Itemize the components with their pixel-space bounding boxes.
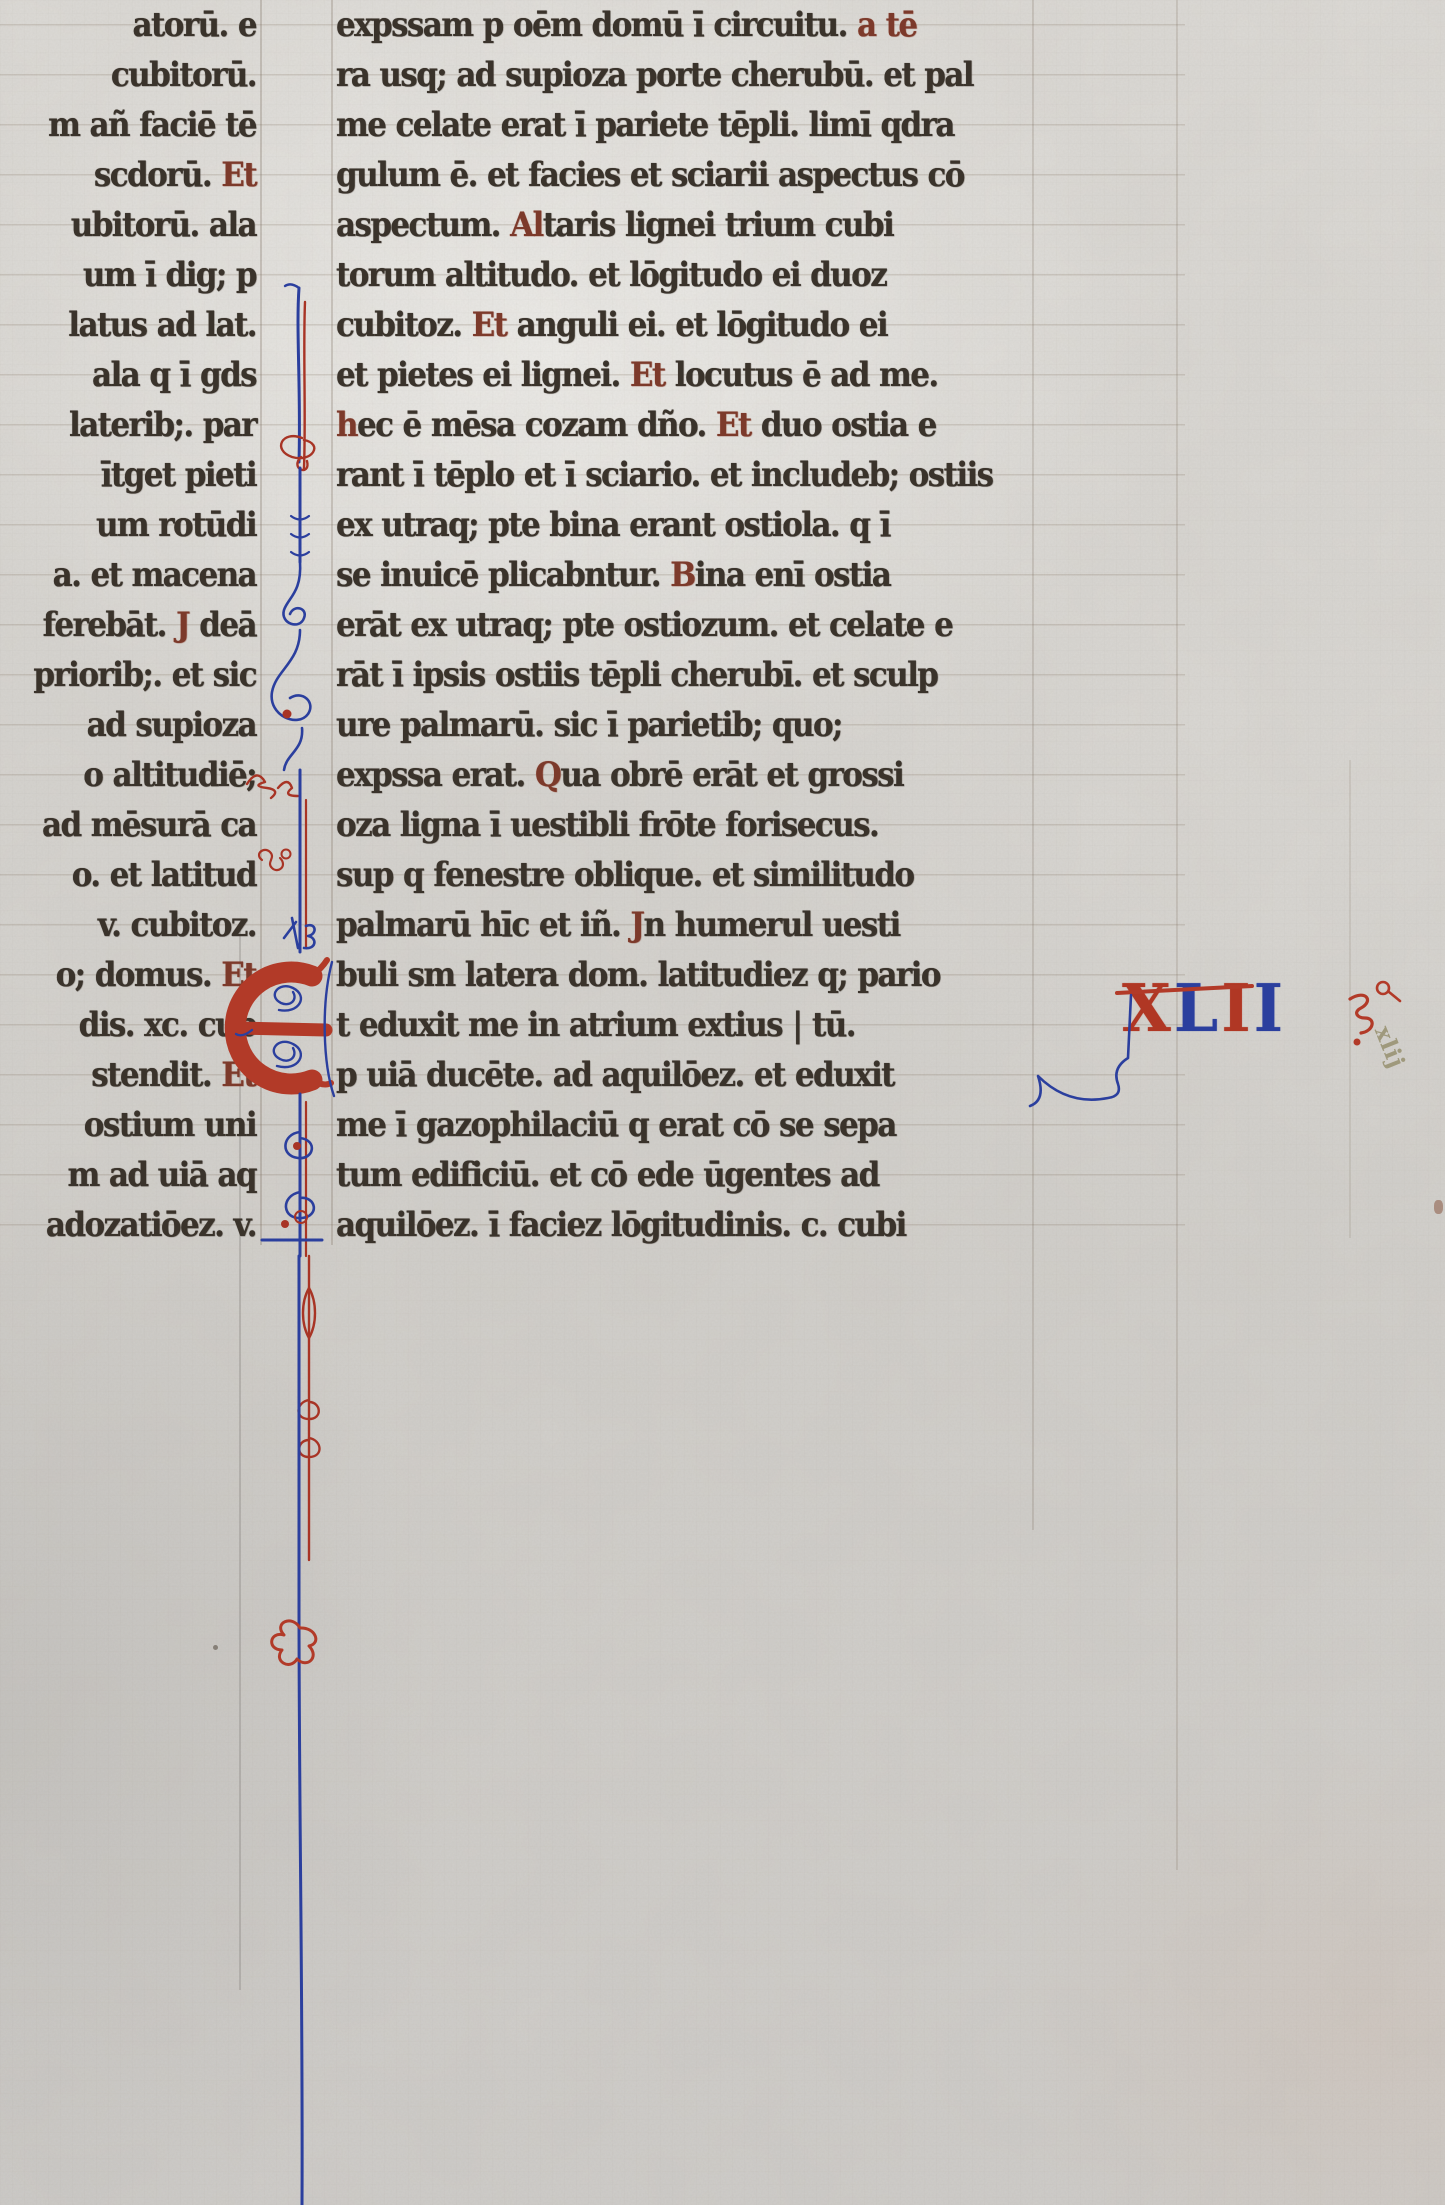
text-line: gulum ē. et facies et sciarii aspectus c… xyxy=(336,148,1076,203)
ink-text: ua obrē erāt et grossi xyxy=(560,755,903,795)
rubricated-text: Et xyxy=(221,1055,256,1095)
chapter-number-letter: X xyxy=(1122,975,1171,1042)
chapter-number-letter: I xyxy=(1254,975,1283,1042)
ink-text: torum altitudo. et lōgitudo ei duoz xyxy=(336,255,886,295)
rubricated-text: Al xyxy=(510,205,543,245)
text-line: ferebāt. J deā xyxy=(0,598,262,653)
ink-text: t eduxit me in atrium extius | tū. xyxy=(336,1005,855,1045)
text-line: rant ī tēplo et ī sciario. et includeb; … xyxy=(336,448,1076,503)
ink-text: ubitorū. ala xyxy=(71,205,256,245)
ink-speck xyxy=(213,1645,218,1650)
text-line: p uiā ducēte. ad aquilōez. et eduxit xyxy=(336,1048,1076,1103)
text-line: um ī dig; p xyxy=(0,248,262,303)
text-line: me celate erat ī pariete tēpli. limī qdr… xyxy=(336,98,1076,153)
text-line: sup q fenestre oblique. et similitudo xyxy=(336,848,1076,903)
ink-text: atorū. e xyxy=(133,5,256,45)
ink-text: ina enī ostia xyxy=(695,555,891,595)
ink-text: ad mēsurā ca xyxy=(42,805,256,845)
margin-note: xlij xyxy=(1369,1022,1410,1072)
text-line: ra usq; ad supioza porte cherubū. et pal xyxy=(336,48,1076,103)
edge-stain xyxy=(1434,1200,1443,1214)
text-line: adozatiōez. v. xyxy=(0,1198,262,1253)
ink-text: ure palmarū. sic ī parietib; quo; xyxy=(336,705,842,745)
text-line: erāt ex utraq; pte ostiozum. et celate e xyxy=(336,598,1076,653)
ink-text: oza ligna ī uestibli frōte forisecus. xyxy=(336,805,878,845)
text-line: stendit. Et xyxy=(0,1048,262,1103)
chapter-number-letter: L xyxy=(1174,975,1218,1042)
text-line: ala q ī gds xyxy=(0,348,262,403)
ink-text: ec ē mēsa cozam dño. xyxy=(357,405,716,445)
ink-text: erāt ex utraq; pte ostiozum. et celate e xyxy=(336,605,952,645)
ink-text: anguli ei. et lōgitudo ei xyxy=(506,305,887,345)
ink-text: ala q ī gds xyxy=(92,355,256,395)
ink-text: me ī gazophilaciū q erat cō se sepa xyxy=(336,1105,896,1145)
text-line: rāt ī ipsis ostiis tēpli cherubī. et scu… xyxy=(336,648,1076,703)
text-line: torum altitudo. et lōgitudo ei duoz xyxy=(336,248,1076,303)
manuscript-page: atorū. ecubitorū.m añ faciē tēscdorū. Et… xyxy=(0,0,1445,2205)
ruling-vertical-far-right xyxy=(1349,760,1351,1238)
chapter-number-xlii: XLII xyxy=(1122,976,1283,1040)
left-column-text: atorū. ecubitorū.m añ faciē tēscdorū. Et… xyxy=(0,0,262,1250)
ink-text: gulum ē. et facies et sciarii aspectus c… xyxy=(336,155,964,195)
ink-text: me celate erat ī pariete tēpli. limī qdr… xyxy=(336,105,954,145)
text-line: scdorū. Et xyxy=(0,148,262,203)
ink-text: a. et macena xyxy=(53,555,256,595)
rubricated-text: h xyxy=(336,405,357,445)
text-line: hec ē mēsa cozam dño. Et duo ostia e xyxy=(336,398,1076,453)
ink-text: p uiā ducēte. ad aquilōez. et eduxit xyxy=(336,1055,894,1095)
text-line: tum edificiū. et cō ede ūgentes ad xyxy=(336,1148,1076,1203)
ruling-vertical-margin-right xyxy=(1176,0,1178,1870)
ink-text: cubitorū. xyxy=(111,55,256,95)
text-line: ostium uni xyxy=(0,1098,262,1153)
ink-text: n humerul uesti xyxy=(644,905,900,945)
text-line: se inuicē plicabntur. Bina enī ostia xyxy=(336,548,1076,603)
ink-text: sup q fenestre oblique. et similitudo xyxy=(336,855,914,895)
text-line: ad supioza xyxy=(0,698,262,753)
ink-text: aspectum. xyxy=(336,205,510,245)
text-line: ītget pieti xyxy=(0,448,262,503)
text-line: expssa erat. Qua obrē erāt et grossi xyxy=(336,748,1076,803)
ink-text: buli sm latera dom. latitudiez q; pario xyxy=(336,955,940,995)
ink-text: duo ostia e xyxy=(751,405,936,445)
ink-text: deā xyxy=(189,605,256,645)
text-line: atorū. e xyxy=(0,0,262,53)
text-line: latus ad lat. xyxy=(0,298,262,353)
ink-text: o. et latitud xyxy=(72,855,256,895)
rubricated-text: Et xyxy=(221,955,256,995)
text-line: expssam p oēm domū ī circuitu. a tē xyxy=(336,0,1076,53)
rubricated-text: J xyxy=(630,905,643,945)
ink-text: m añ faciē tē xyxy=(48,105,256,145)
ink-text: v. cubitoz. xyxy=(98,905,256,945)
ink-text: um ī dig; p xyxy=(83,255,256,295)
ink-text: rāt ī ipsis ostiis tēpli cherubī. et scu… xyxy=(336,655,937,695)
rubricated-text: J xyxy=(176,605,189,645)
text-line: laterib;. par xyxy=(0,398,262,453)
rubricated-text: Et xyxy=(221,155,256,195)
text-line: oza ligna ī uestibli frōte forisecus. xyxy=(336,798,1076,853)
ink-text: palmarū hīc et iñ. xyxy=(336,905,630,945)
ink-text: o; domus. xyxy=(56,955,222,995)
ink-text: um rotūdi xyxy=(96,505,256,545)
ink-text: laterib;. par xyxy=(69,405,256,445)
ink-text: ferebāt. xyxy=(43,605,176,645)
text-line: aspectum. Altaris lignei trium cubi xyxy=(336,198,1076,253)
ink-text: latus ad lat. xyxy=(68,305,256,345)
ink-text: se inuicē plicabntur. xyxy=(336,555,670,595)
ink-text: taris lignei trium cubi xyxy=(543,205,893,245)
text-line: m ad uiā aq xyxy=(0,1148,262,1203)
ink-text: adozatiōez. v. xyxy=(46,1205,256,1245)
text-line: a. et macena xyxy=(0,548,262,603)
text-line: v. cubitoz. xyxy=(0,898,262,953)
text-line: palmarū hīc et iñ. Jn humerul uesti xyxy=(336,898,1076,953)
text-line: ad mēsurā ca xyxy=(0,798,262,853)
rubricated-text: B xyxy=(670,555,695,595)
rubricated-text: a tē xyxy=(857,5,917,45)
text-line: buli sm latera dom. latitudiez q; pario xyxy=(336,948,1076,1003)
text-line: t eduxit me in atrium extius | tū. xyxy=(336,998,1076,1053)
ink-text: aquilōez. ī faciez lōgitudinis. c. cubi xyxy=(336,1205,906,1245)
ink-text: priorib;. et sic xyxy=(33,655,256,695)
ink-text: ītget pieti xyxy=(101,455,256,495)
ink-text: ostium uni xyxy=(84,1105,256,1145)
ink-text: ad supioza xyxy=(87,705,256,745)
ink-text: rant ī tēplo et ī sciario. et includeb; … xyxy=(336,455,993,495)
rubricated-text: Et xyxy=(472,305,507,345)
chapter-number-letter: I xyxy=(1221,975,1250,1042)
ink-text: locutus ē ad me. xyxy=(665,355,938,395)
ink-text: o altitudiē; xyxy=(83,755,256,795)
text-line: m añ faciē tē xyxy=(0,98,262,153)
text-line: ubitorū. ala xyxy=(0,198,262,253)
rubricated-text: Q xyxy=(535,755,560,795)
rubricated-text: Et xyxy=(630,355,665,395)
text-line: cubitorū. xyxy=(0,48,262,103)
rubricated-text: Et xyxy=(716,405,751,445)
text-line: ex utraq; pte bina erant ostiola. q ī xyxy=(336,498,1076,553)
text-line: priorib;. et sic xyxy=(0,648,262,703)
text-line: cubitoz. Et anguli ei. et lōgitudo ei xyxy=(336,298,1076,353)
text-line: um rotūdi xyxy=(0,498,262,553)
text-line: me ī gazophilaciū q erat cō se sepa xyxy=(336,1098,1076,1153)
ink-text: dis. xc. cub xyxy=(79,1005,256,1045)
main-column-text: expssam p oēm domū ī circuitu. a tēra us… xyxy=(336,0,1076,1250)
ink-text: tum edificiū. et cō ede ūgentes ad xyxy=(336,1155,879,1195)
ink-text: cubitoz. xyxy=(336,305,472,345)
ink-text: ra usq; ad supioza porte cherubū. et pal xyxy=(336,55,973,95)
text-line: o. et latitud xyxy=(0,848,262,903)
text-line: ure palmarū. sic ī parietib; quo; xyxy=(336,698,1076,753)
text-line: et pietes ei lignei. Et locutus ē ad me. xyxy=(336,348,1076,403)
ink-text: stendit. xyxy=(91,1055,221,1095)
ruling-vertical-main-left xyxy=(331,0,333,1245)
ink-text: scdorū. xyxy=(94,155,221,195)
ink-text: et pietes ei lignei. xyxy=(336,355,630,395)
text-line: o altitudiē; xyxy=(0,748,262,803)
text-line: o; domus. Et xyxy=(0,948,262,1003)
ink-text: ex utraq; pte bina erant ostiola. q ī xyxy=(336,505,890,545)
ink-text: expssam p oēm domū ī circuitu. xyxy=(336,5,857,45)
text-line: aquilōez. ī faciez lōgitudinis. c. cubi xyxy=(336,1198,1076,1253)
ink-text: m ad uiā aq xyxy=(67,1155,256,1195)
ink-text: expssa erat. xyxy=(336,755,535,795)
text-line: dis. xc. cub xyxy=(0,998,262,1053)
